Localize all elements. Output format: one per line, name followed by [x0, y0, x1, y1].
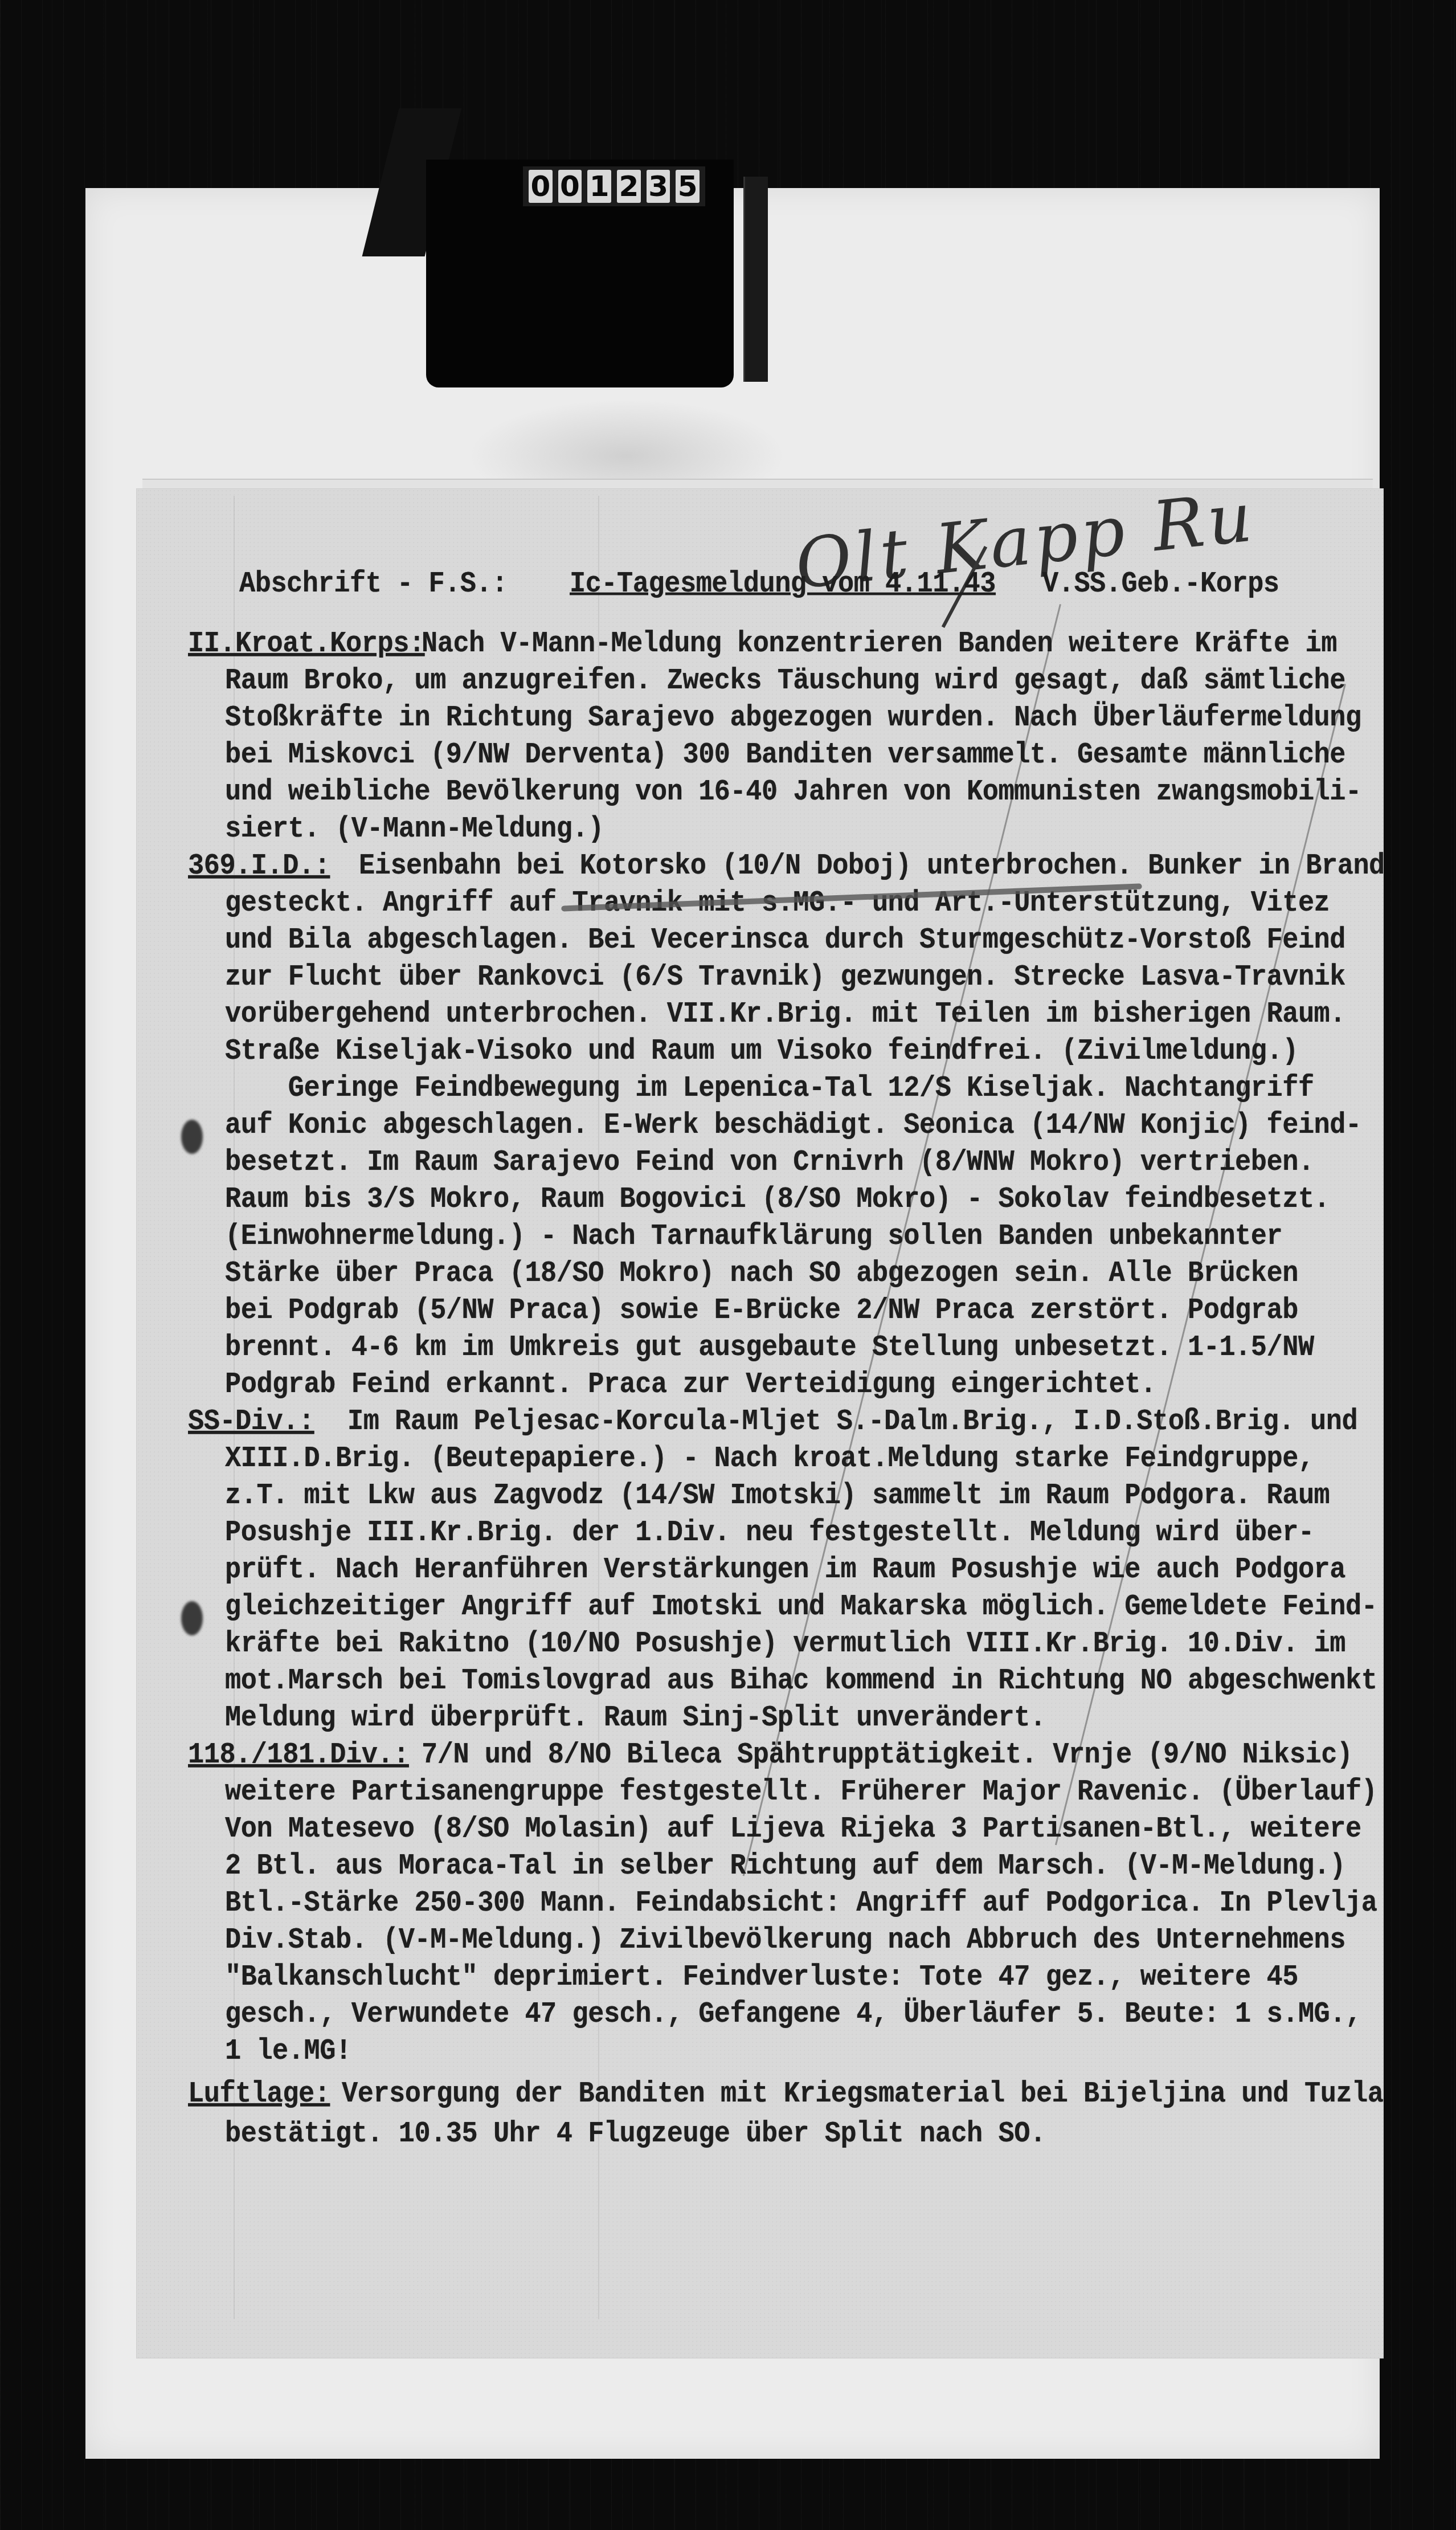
counter-digit: 0 [558, 170, 582, 203]
text-line: und Bila abgeschlagen. Bei Vecerinsca du… [225, 923, 1345, 957]
text-line: Stoßkräfte in Richtung Sarajevo abgezoge… [225, 701, 1361, 734]
text-line: auf Konic abgeschlagen. E-Werk beschädig… [225, 1108, 1361, 1142]
counter-digit: 3 [647, 170, 670, 203]
text-line: brennt. 4-6 km im Umkreis gut ausgebaute… [225, 1331, 1314, 1364]
section-label: Luftlage: [188, 2077, 330, 2111]
text-line: Eisenbahn bei Kotorsko (10/N Doboj) unte… [359, 849, 1385, 883]
text-line: besetzt. Im Raum Sarajevo Feind von Crni… [225, 1145, 1314, 1179]
text-line: Div.Stab. (V-M-Meldung.) Zivilbevölkerun… [225, 1923, 1345, 1957]
text-line: Stärke über Praca (18/SO Mokro) nach SO … [225, 1256, 1298, 1290]
section-label: 369.I.D.: [188, 849, 330, 883]
text-line: bei Miskovci (9/NW Derventa) 300 Bandite… [225, 738, 1345, 772]
text-line: mot.Marsch bei Tomislovgrad aus Bihac ko… [225, 1664, 1377, 1697]
text-line: siert. (V-Mann-Meldung.) [225, 812, 604, 846]
text-line: weitere Partisanengruppe festgestellt. F… [225, 1775, 1377, 1809]
counter-wheel [743, 177, 768, 382]
text-line: prüft. Nach Heranführen Verstärkungen im… [225, 1553, 1345, 1586]
text-line: Von Matesevo (8/SO Molasin) auf Lijeva R… [225, 1812, 1361, 1846]
text-line: Straße Kiseljak-Visoko und Raum um Visok… [225, 1034, 1298, 1068]
counter-digit: 2 [617, 170, 641, 203]
text-line: 2 Btl. aus Moraca-Tal in selber Richtung… [225, 1849, 1345, 1883]
punch-hole-mark [181, 1120, 203, 1154]
frame-counter: 0 0 1 2 3 5 [415, 74, 762, 393]
text-line: Nach V-Mann-Meldung konzentrieren Banden… [422, 627, 1337, 660]
text-line: und weibliche Bevölkerung von 16-40 Jahr… [225, 775, 1361, 809]
text-line: (Einwohnermeldung.) - Nach Tarnaufklärun… [225, 1219, 1282, 1253]
text-line: Geringe Feindbewegung im Lepenica-Tal 12… [225, 1071, 1314, 1105]
counter-digit: 5 [676, 170, 700, 203]
text-line: 1 le.MG! [225, 2034, 351, 2068]
section-label: 118./181.Div.: [188, 1738, 409, 1772]
text-line: 7/N und 8/NO Bileca Spähtrupptätigkeit. … [422, 1738, 1353, 1772]
counter-digits: 0 0 1 2 3 5 [523, 166, 705, 206]
text-line: vorübergehend unterbrochen. VII.Kr.Brig.… [225, 997, 1345, 1031]
text-line: XIII.D.Brig. (Beutepapiere.) - Nach kroa… [225, 1442, 1314, 1475]
punch-hole-mark [181, 1601, 203, 1635]
document-title: Ic-Tagesmeldung vom 4.11.43 [570, 567, 996, 601]
text-line: Im Raum Peljesac-Korcula-Mljet S.-Dalm.B… [347, 1405, 1357, 1438]
section-label: II.Kroat.Korps: [188, 627, 425, 660]
text-line: "Balkanschlucht" deprimiert. Feindverlus… [225, 1960, 1298, 1994]
text-line: zur Flucht über Rankovci (6/S Travnik) g… [225, 960, 1345, 994]
text-line: bei Podgrab (5/NW Praca) sowie E-Brücke … [225, 1293, 1298, 1327]
text-line: Posushje III.Kr.Brig. der 1.Div. neu fes… [225, 1516, 1314, 1549]
counter-digit: 1 [587, 170, 611, 203]
counter-digit: 0 [529, 170, 553, 203]
text-line: z.T. mit Lkw aus Zagvodz (14/SW Imotski)… [225, 1479, 1330, 1512]
text-line: Meldung wird überprüft. Raum Sinj-Split … [225, 1701, 1046, 1735]
text-line: gesch., Verwundete 47 gesch., Gefangene … [225, 1997, 1361, 2031]
section-label: SS-Div.: [188, 1405, 314, 1438]
text-line: Raum bis 3/S Mokro, Raum Bogovici (8/SO … [225, 1182, 1330, 1216]
text-line: Podgrab Feind erkannt. Praca zur Verteid… [225, 1368, 1156, 1401]
text-line: Btl.-Stärke 250-300 Mann. Feindabsicht: … [225, 1886, 1377, 1920]
header-left: Abschrift - F.S.: [239, 567, 508, 601]
text-line: gleichzeitiger Angriff auf Imotski und M… [225, 1590, 1377, 1623]
text-line: Versorgung der Banditen mit Kriegsmateri… [342, 2077, 1384, 2111]
text-line: bestätigt. 10.35 Uhr 4 Flugzeuge über Sp… [225, 2117, 1046, 2150]
text-line: Raum Broko, um anzugreifen. Zwecks Täusc… [225, 664, 1345, 697]
text-line: kräfte bei Rakitno (10/NO Posushje) verm… [225, 1627, 1345, 1660]
header-right: V.SS.Geb.-Korps [1042, 567, 1279, 601]
